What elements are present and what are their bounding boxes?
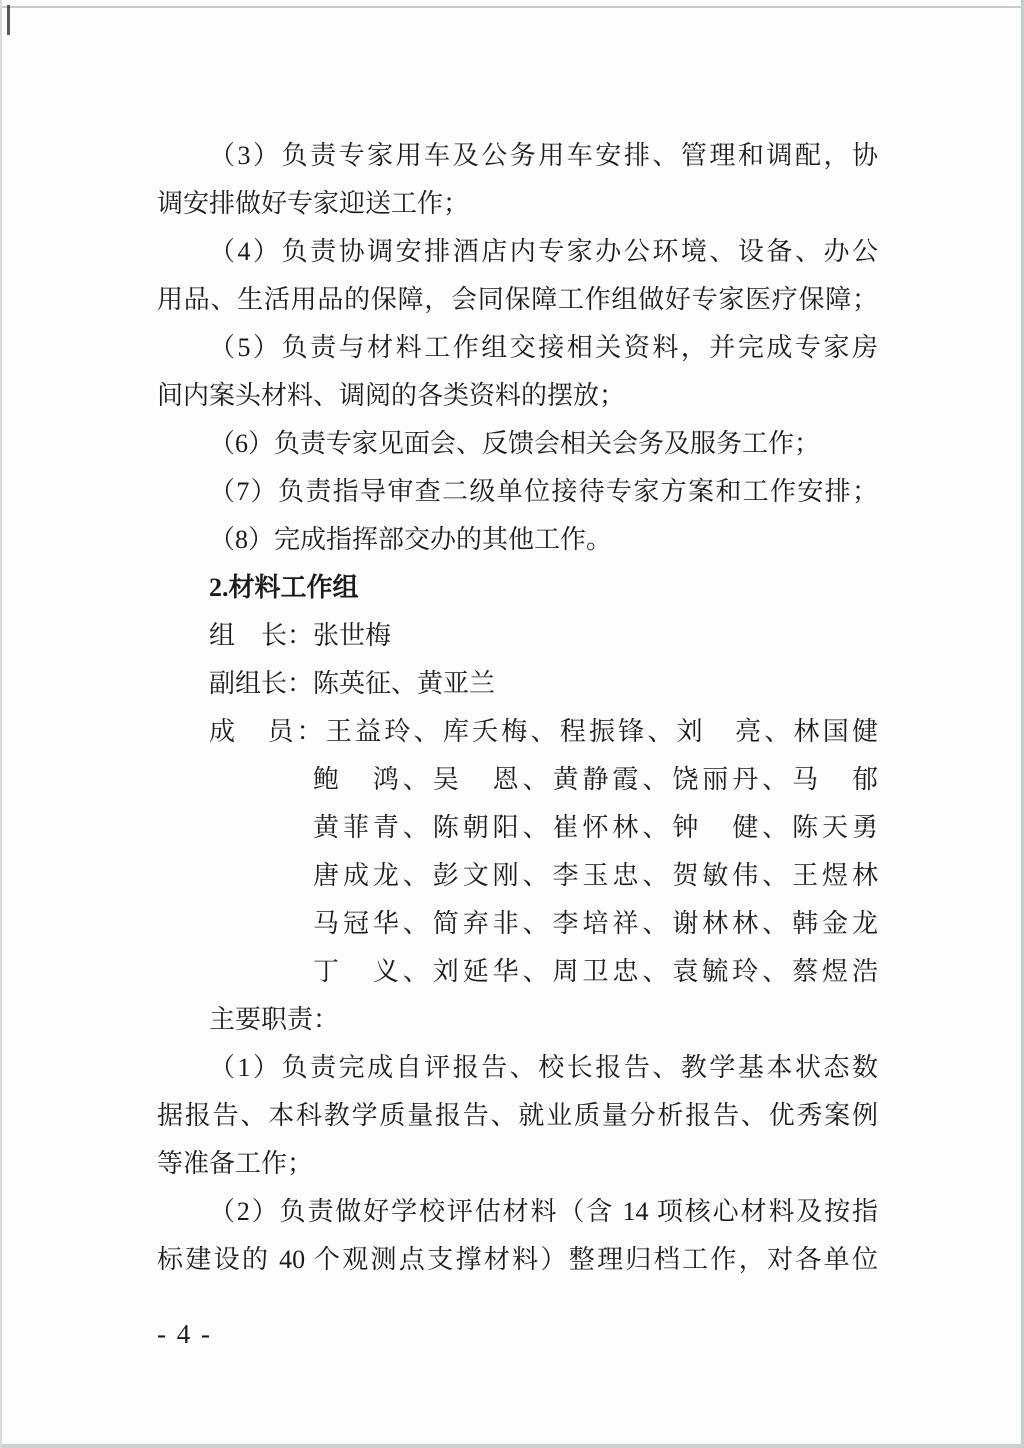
duty-item-5-line-2: 间内案头材料、调阅的各类资料的摆放； xyxy=(157,372,878,420)
responsibility-2-line-1: （2）负责做好学校评估材料（含 14 项核心材料及按指 xyxy=(157,1188,878,1236)
duty-item-7: （7）负责指导审查二级单位接待专家方案和工作安排； xyxy=(157,468,878,516)
document-body: （3）负责专家用车及公务用车安排、管理和调配，协 调安排做好专家迎送工作； （4… xyxy=(157,132,878,1284)
duty-item-6: （6）负责专家见面会、反馈会相关会务及服务工作； xyxy=(157,420,878,468)
responsibility-1-line-2: 据报告、本科教学质量报告、就业质量分析报告、优秀案例 xyxy=(157,1092,878,1140)
scan-artifact-tick xyxy=(7,5,10,35)
duty-item-5-line-1: （5）负责与材料工作组交接相关资料，并完成专家房 xyxy=(157,324,878,372)
duty-item-3-line-2: 调安排做好专家迎送工作； xyxy=(157,180,878,228)
members-line-2: 鲍 鸿、吴 恩、黄静霞、饶丽丹、马 郁 xyxy=(313,756,878,804)
duty-item-4-line-2: 用品、生活用品的保障，会同保障工作组做好专家医疗保障； xyxy=(157,276,878,324)
responsibilities-heading: 主要职责： xyxy=(157,996,878,1044)
deputy-leaders-line: 副组长：陈英征、黄亚兰 xyxy=(157,660,878,708)
duty-item-8: （8）完成指挥部交办的其他工作。 xyxy=(157,516,878,564)
responsibility-2-line-2: 标建设的 40 个观测点支撑材料）整理归档工作，对各单位 xyxy=(157,1236,878,1284)
group-leader-line: 组 长：张世梅 xyxy=(157,612,878,660)
duty-item-3-line-1: （3）负责专家用车及公务用车安排、管理和调配，协 xyxy=(157,132,878,180)
members-line-1: 成 员：王益玲、库夭梅、程振锋、刘 亮、林国健 xyxy=(157,708,878,756)
members-line-3: 黄菲青、陈朝阳、崔怀林、钟 健、陈天勇 xyxy=(313,804,878,852)
page-number: - 4 - xyxy=(157,1312,212,1356)
duty-item-4-line-1: （4）负责协调安排酒店内专家办公环境、设备、办公 xyxy=(157,228,878,276)
section-heading-materials-group: 2.材料工作组 xyxy=(157,564,878,612)
members-line-5: 马冠华、简弃非、李培祥、谢林林、韩金龙 xyxy=(313,900,878,948)
scan-edge-top-soft xyxy=(0,6,1024,8)
members-line-4: 唐成龙、彭文刚、李玉忠、贺敏伟、王煜林 xyxy=(313,852,878,900)
members-line-6: 丁 义、刘延华、周卫忠、袁毓玲、蔡煜浩 xyxy=(313,948,878,996)
responsibility-1-line-3: 等准备工作； xyxy=(157,1140,878,1188)
responsibility-1-line-1: （1）负责完成自评报告、校长报告、教学基本状态数 xyxy=(157,1044,878,1092)
scan-edge-left xyxy=(0,0,2,1448)
scanned-document-page: （3）负责专家用车及公务用车安排、管理和调配，协 调安排做好专家迎送工作； （4… xyxy=(0,0,1024,1448)
scan-edge-bottom xyxy=(0,1444,1024,1448)
